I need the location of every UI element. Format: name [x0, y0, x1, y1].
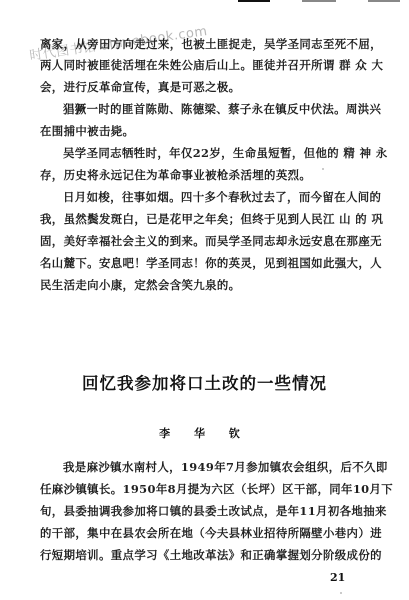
edge-mark [302, 0, 336, 2]
text-line: 两人同时被匪徒活埋在朱姓公庙后山上。匪徒并召开所谓 群 众 大 [40, 58, 370, 72]
text-line: 猖獗一时的匪首陈勋、陈德梁、蔡子永在镇反中伏法。周洪兴 [63, 102, 370, 116]
text-line: 民生活走向小康，定然会含笑九泉的。 [40, 278, 370, 292]
text-line: 我，虽然鬓发斑白，已是花甲之年矣；但终于见到人民江 山 的 巩 [40, 212, 370, 226]
article-title: 回忆我参加将口土改的一些情况 [0, 370, 409, 394]
scan-speck [340, 592, 342, 594]
article-author: 李 华 钦 [0, 425, 409, 441]
scan-edge-marks [0, 0, 409, 6]
text-line: 存，历史将永远记住为革命事业被枪杀活埋的英烈。 [40, 168, 370, 182]
text-line: 的干部，集中在县农会所在地（今夫县林业招待所隔壁小巷内）进 [40, 526, 370, 540]
text-line: 名山麓下。安息吧！学圣同志！你的英灵，见到祖国如此强大，人 [40, 256, 370, 270]
text-line: 固，美好幸福社会主义的到来。而吴学圣同志却永远安息在那座无 [40, 234, 370, 248]
scan-speck [322, 168, 324, 170]
edge-mark [368, 0, 400, 2]
text-line: 行短期培训。重点学习《土地改革法》和正确掌握划分阶级成份的 [40, 548, 370, 562]
scan-speck [348, 146, 350, 148]
text-line: 旬，县委抽调我参加将口镇的县委土改试点，是年11月初各地抽来 [40, 504, 370, 518]
text-line: 任麻沙镇镇长。1950年8月提为六区（长坪）区干部，同年10月下 [40, 482, 370, 496]
text-line: 会，进行反革命宣传，真是可恶之极。 [40, 80, 370, 94]
text-line: 离家，从旁田方向走过来，也被土匪捉走，吴学圣同志至死不屈， [40, 37, 370, 51]
edge-mark [238, 0, 270, 2]
text-line: 我是麻沙镇水南村人，1949年7月参加镇农会组织，后不久即 [63, 460, 370, 474]
text-line: 吴学圣同志牺牲时，年仅22岁，生命虽短暂，但他的 精 神 永 [63, 146, 370, 160]
page-number: 21 [330, 571, 345, 584]
text-line: 日月如梭，往事如烟。四十多个春秋过去了，而今留在人间的 [63, 190, 370, 204]
text-line: 在围捕中被击毙。 [40, 124, 370, 138]
